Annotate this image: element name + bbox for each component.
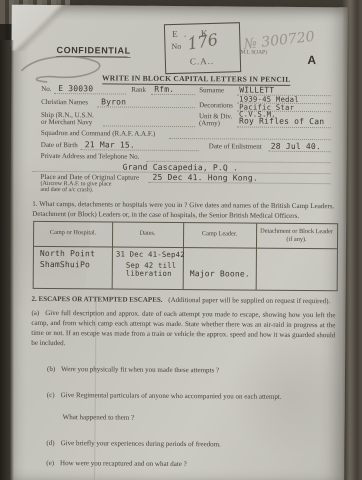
field-label-ship-2: or Merchant Navy [41,119,92,127]
dotted-line [151,94,195,95]
table-header-leader: Camp Leader. [183,230,256,238]
stamp-number-handwritten: 176 [186,30,219,54]
dotted-line [54,93,126,95]
field-label-surname: Surname [199,87,224,95]
question-d-label: (d) [46,439,54,447]
handwritten-file-number: № 300720 [243,29,316,53]
question-b-label: (b) [47,365,55,373]
field-label-rank: Rank [131,87,146,95]
dotted-line [81,149,199,151]
field-label-address: Private Address and Telephone No. [41,153,140,161]
field-label-christian-names: Christian Names [41,99,88,107]
form-page: CONFIDENTIAL E . . K No 176 C.A.. M.I. 9… [8,5,348,480]
question-d: (d)Give briefly your experiences during … [46,439,220,448]
rank-value: Rfm. [154,85,174,94]
scanned-document: CONFIDENTIAL E . . K No 176 C.A.. M.I. 9… [0,0,362,480]
form-instruction-text: WRITE IN BLOCK CAPITAL LETTERS IN PENCIL [102,73,291,85]
stamp-no-prefix: No [171,42,181,51]
dob-value: 21 Mar 15. [85,140,135,149]
dates-value-line3: liberation [126,269,172,278]
field-label-enlistment: Date of Enlistment [209,143,262,151]
section-2-heading: 2. ESCAPES OR ATTEMPTED ESCAPES. [32,295,163,304]
table-header-detachment: Detachment or Block Leader (if any). [258,228,335,244]
dotted-line [269,151,331,152]
question-c-label: (c) [47,391,55,399]
surname-value: WILLETT [239,85,274,94]
christian-names-value: Byron [101,97,126,106]
camp-value-line2: ShamShuiPo [40,260,90,269]
dotted-line [97,106,195,108]
question-d-text: Give briefly your experiences during per… [61,439,221,448]
enlistment-value: 28 Jul 40. [271,142,321,151]
question-c2-text: What happened to them ? [63,413,135,422]
question-e-text: How were you recaptured and on what date… [60,459,187,468]
question-1-text: 1. What camps, detachments or hospitals … [32,199,334,222]
dotted-line [237,126,331,128]
question-b-text: Were you physically fit when you made th… [61,365,219,374]
book-spine-shadow [0,40,14,480]
question-b: (b)Were you physically fit when you made… [47,365,219,374]
field-label-decorations: Decorations [199,102,233,110]
stamp-line3: C.A.. [190,56,215,67]
censor-stamp-box: E . . K No 176 C.A.. [164,22,241,74]
field-note-aircrew-2: and date of a/c crash). [40,187,93,194]
camp-value-line1: North Point [40,249,95,258]
question-e-label: (e) [46,459,54,467]
dates-value-line1: 31 Dec 41-Sep42 [116,250,185,260]
table-header-camp: Camp or Hospital. [34,229,112,237]
question-a: (a)Give full description and approx. dat… [31,308,335,351]
dotted-line [103,125,195,127]
table-header-dates: Dates. [112,229,183,237]
leader-value: Major Boone. [190,269,250,278]
field-label-squadron: Squadron and Command (R.A.F. A.A.F.) [41,130,155,139]
unit-value: Roy Rifles of Can [239,116,324,126]
question-a-label: (a) [31,308,39,318]
field-label-army: (Army) [199,120,220,128]
question-c: (c)Give Regimental particulars of anyone… [47,391,282,401]
dotted-line [148,182,330,184]
page-edge-shadow [342,0,362,480]
field-label-dob: Date of Birth [41,142,78,150]
field-label-no: No. [41,86,51,94]
camps-table: Camp or Hospital. Dates. Camp Leader. De… [33,221,339,291]
question-a-text: Give full description and approx. date o… [31,309,335,348]
form-instruction-heading: WRITE IN BLOCK CAPITAL LETTERS IN PENCIL [71,73,321,84]
service-number-value: E 30030 [58,84,93,93]
question-e: (e)How were you recaptured and on what d… [46,459,187,468]
page-letter: A [307,53,316,67]
question-c-text: Give Regimental particulars of anyone wh… [61,391,282,401]
dotted-line [169,138,331,140]
section-2-note: (Additional paper will be supplied on re… [168,296,330,305]
